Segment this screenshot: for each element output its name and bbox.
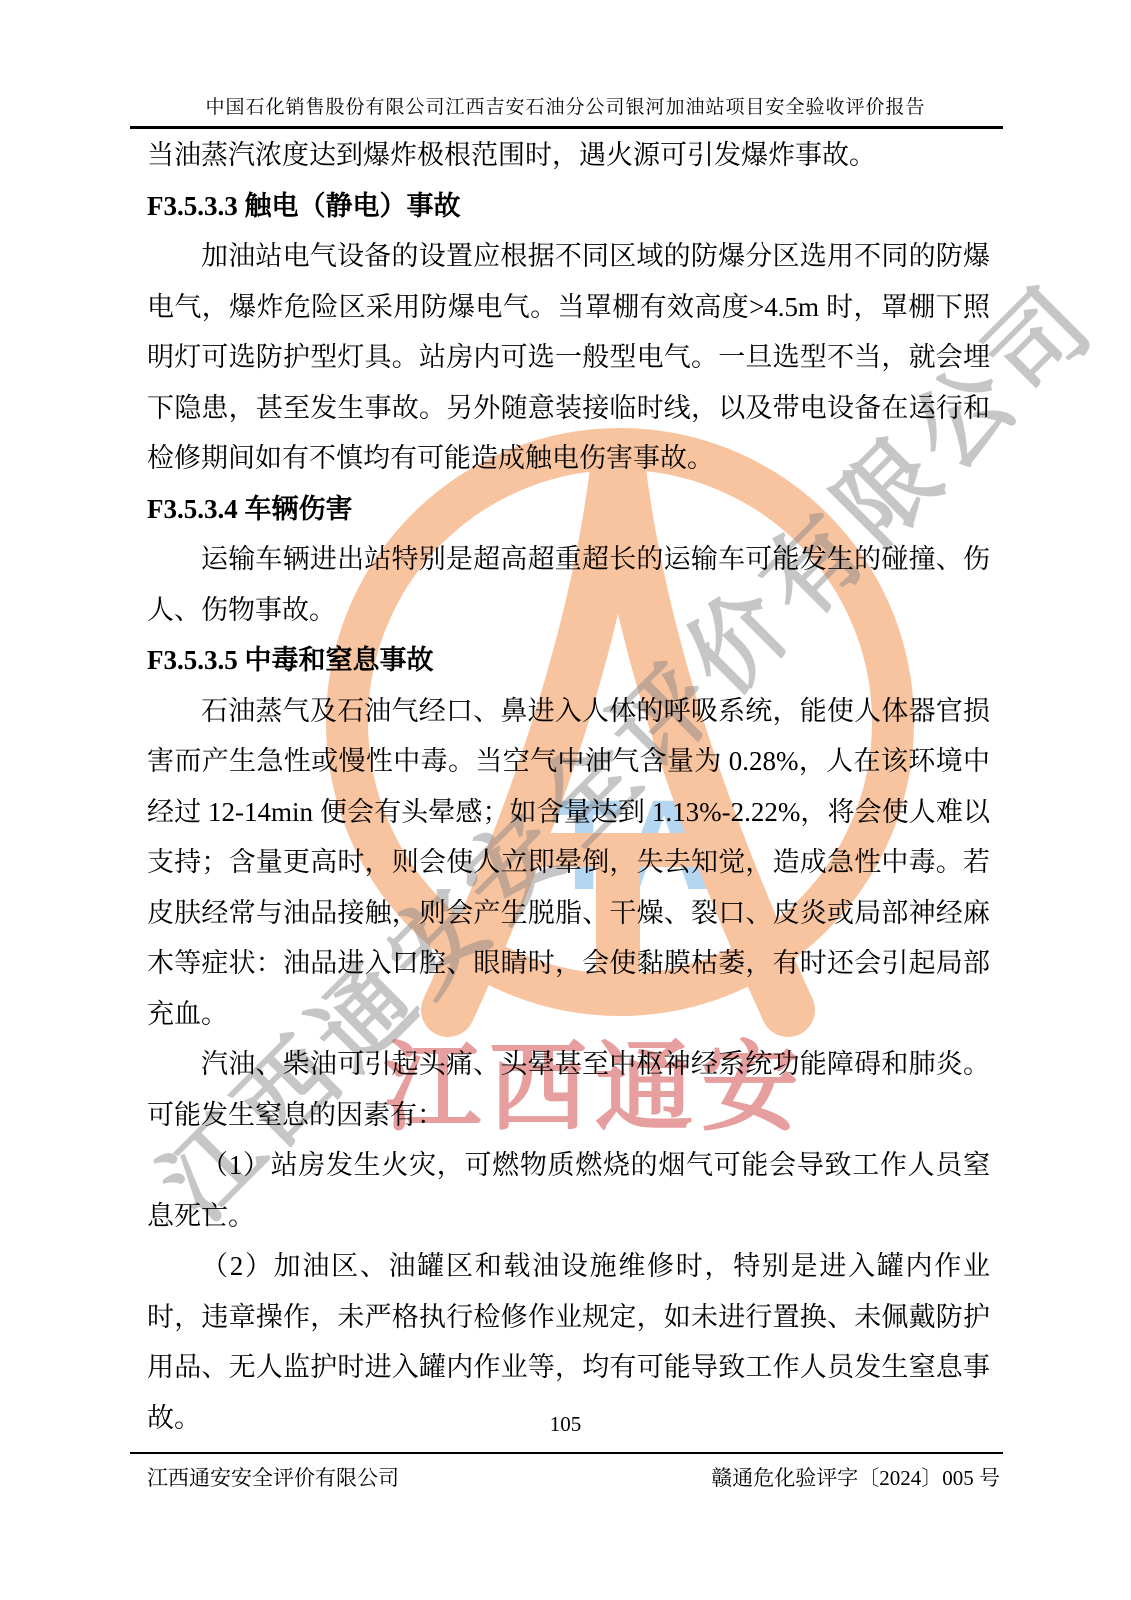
header-divider — [130, 126, 1003, 129]
footer-divider — [130, 1452, 1003, 1454]
paragraph: 加油站电气设备的设置应根据不同区域的防爆分区选用不同的防爆电气，爆炸危险区采用防… — [147, 231, 990, 484]
document-body: 当油蒸汽浓度达到爆炸极根范围时，遇火源可引发爆炸事故。 F3.5.3.3 触电（… — [147, 130, 990, 1443]
section-heading: F3.5.3.5 中毒和窒息事故 — [147, 635, 990, 686]
page-number: 105 — [0, 1412, 1131, 1437]
paragraph: 汽油、柴油可引起头痛、头晕甚至中枢神经系统功能障碍和肺炎。可能发生窒息的因素有： — [147, 1039, 990, 1140]
paragraph: 运输车辆进出站特别是超高超重超长的运输车可能发生的碰撞、伤人、伤物事故。 — [147, 534, 990, 635]
footer-company: 江西通安安全评价有限公司 — [147, 1462, 399, 1492]
report-page: { "header": { "title": "中国石化销售股份有限公司江西吉安… — [0, 0, 1131, 1600]
paragraph: （1）站房发生火灾，可燃物质燃烧的烟气可能会导致工作人员窒息死亡。 — [147, 1140, 990, 1241]
report-header-title: 中国石化销售股份有限公司江西吉安石油分公司银河加油站项目安全验收评价报告 — [0, 92, 1131, 119]
section-heading: F3.5.3.4 车辆伤害 — [147, 484, 990, 535]
paragraph: 当油蒸汽浓度达到爆炸极根范围时，遇火源可引发爆炸事故。 — [147, 130, 990, 181]
section-heading: F3.5.3.3 触电（静电）事故 — [147, 181, 990, 232]
footer-doc-number: 赣通危化验评字〔2024〕005 号 — [711, 1462, 1000, 1492]
paragraph: 石油蒸气及石油气经口、鼻进入人体的呼吸系统，能使人体器官损害而产生急性或慢性中毒… — [147, 686, 990, 1040]
footer: 江西通安安全评价有限公司 赣通危化验评字〔2024〕005 号 — [147, 1462, 1000, 1492]
